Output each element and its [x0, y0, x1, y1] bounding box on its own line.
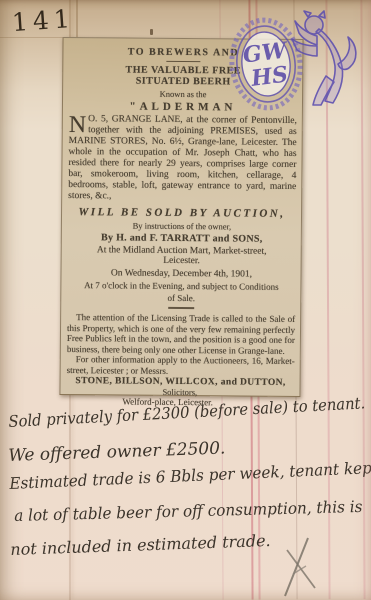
lion-rampant-icon — [292, 11, 356, 105]
scrapbook-page: 141 TO BREWERS AND THE VALUABLE FREE SIT… — [0, 0, 371, 600]
ink-speck — [150, 29, 153, 35]
auction-date: On Wednesday, December 4th, 1901, — [67, 268, 295, 280]
auction-line: WILL BE SOLD BY AUCTION, — [68, 206, 296, 220]
property-description: NO. 5, GRANGE LANE, at the corner of Pen… — [68, 114, 297, 204]
instructions-line: By instructions of the owner, — [68, 220, 296, 232]
apply-line: For other information apply to the Aucti… — [67, 354, 295, 377]
stamp-letters-bottom: HS — [249, 62, 290, 92]
drop-cap: N — [69, 114, 89, 135]
divider-rule — [166, 61, 200, 62]
page-number: 141 — [11, 4, 76, 37]
licensing-notice: The attention of the Licensing Trade is … — [67, 312, 295, 356]
pencil-x-mark — [275, 530, 325, 600]
auction-time-2: of Sale. — [67, 292, 295, 304]
auction-time: At 7 o'clock in the Evening, and subject… — [67, 280, 295, 292]
venue-line-2: Leicester. — [68, 255, 296, 267]
divider-rule — [168, 307, 194, 309]
property-description-text: O. 5, GRANGE LANE, at the corner of Pent… — [68, 114, 297, 201]
gwhs-society-stamp: GW HS — [226, 8, 358, 120]
auctioneers-line: By H. and F. TARRATT and SONS, — [68, 232, 296, 245]
